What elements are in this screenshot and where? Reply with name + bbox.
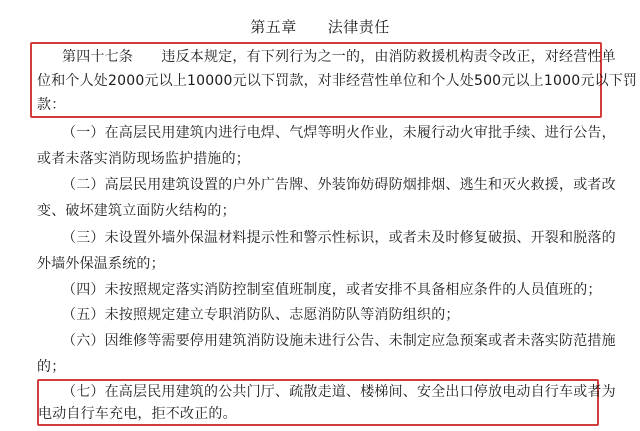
item-3-line-2: 外墙外保温系统的；	[37, 254, 165, 274]
item-2-line-2: 变、破坏建筑立面防火结构的；	[37, 201, 236, 221]
item-5-line-1: （五）未按照规定建立专职消防队、志愿消防队等消防组织的；	[62, 305, 460, 325]
item-2-line-1: （二）高层民用建筑设置的户外广告牌、外装饰妨碍防烟排烟、逃生和灭火救援，或者改	[62, 175, 616, 195]
item-6-line-2: 的；	[37, 357, 65, 377]
item-6-line-1: （六）因维修等需要停用建筑消防设施未进行公告、未制定应急预案或者未落实防范措施	[62, 331, 616, 351]
item-3-line-1: （三）未设置外墙外保温材料提示性和警示性标识，或者未及时修复破损、开裂和脱落的	[62, 228, 616, 248]
item-4-line-1: （四）未按照规定落实消防控制室值班制度，或者安排不具备相应条件的人员值班的；	[62, 280, 602, 300]
item-1-line-1: （一）在高层民用建筑内进行电焊、气焊等明火作业，未履行动火审批手续、进行公告，	[62, 123, 616, 143]
article-line-3: 款：	[37, 95, 65, 115]
item-7-line-1: （七）在高层民用建筑的公共门厅、疏散走道、楼梯间、安全出口停放电动自行车或者为	[62, 382, 616, 402]
article-line-2: 位和个人处2000元以上10000元以下罚款，对非经营性单位和个人处500元以上…	[37, 71, 637, 91]
item-1-line-2: 或者未落实消防现场监护措施的；	[37, 149, 250, 169]
chapter-title: 第五章 法律责任	[0, 16, 640, 38]
document-page: 第五章 法律责任 第四十七条 违反本规定，有下列行为之一的，由消防救援机构责令改…	[0, 0, 640, 431]
article-line-1: 第四十七条 违反本规定，有下列行为之一的，由消防救援机构责令改正，对经营性单	[62, 47, 616, 67]
item-7-line-2: 电动自行车充电，拒不改正的。	[38, 404, 237, 424]
